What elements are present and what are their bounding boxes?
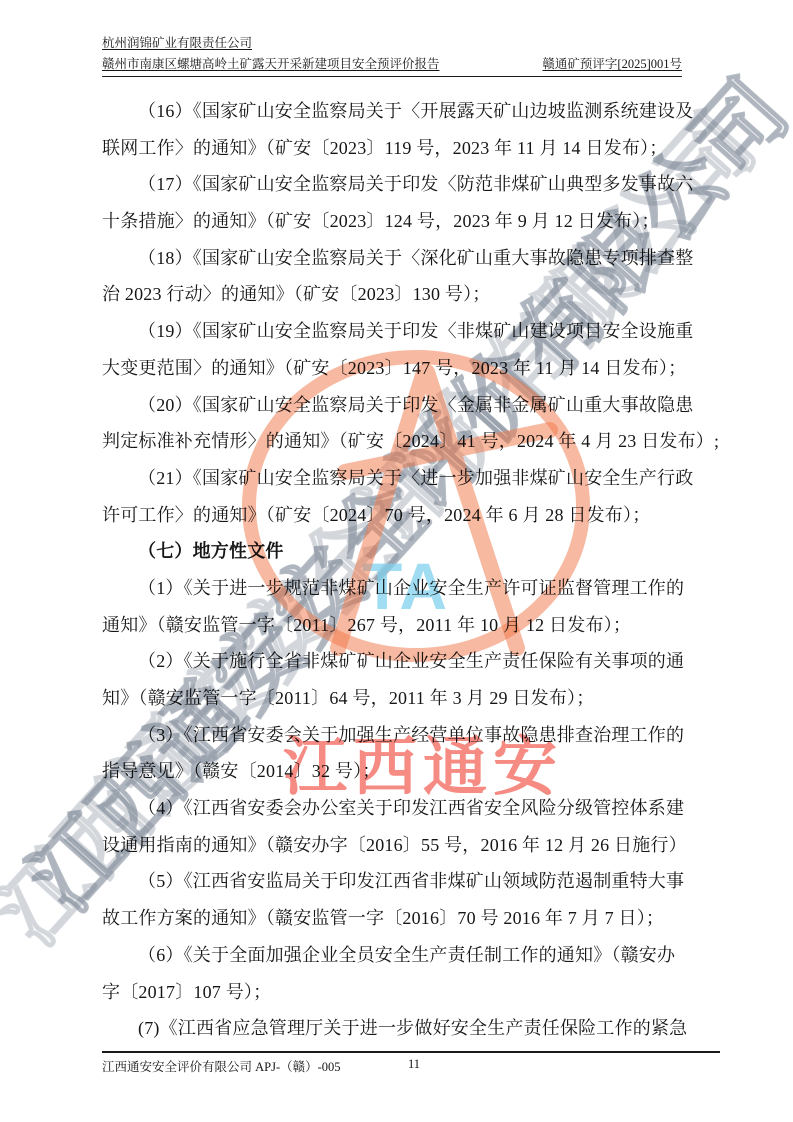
report-line: 字〔2017〕107 号）； [102, 974, 722, 1011]
footer-rule [102, 1051, 720, 1053]
report-line: （19）《国家矿山安全监察局关于印发〈非煤矿山建设项目安全设施重 [102, 313, 722, 350]
report-line: 治 2023 行动〉的通知》（矿安〔2023〕130 号）； [102, 276, 722, 313]
report-line: （1）《关于进一步规范非煤矿山企业安全生产许可证监督管理工作的 [102, 570, 722, 607]
page-header-line2: 赣州市南康区螺塘高岭土矿露天开采新建项目安全预评价报告 赣通矿预评字[2025]… [102, 55, 682, 77]
report-line: （4）《江西省安委会办公室关于印发江西省安全风险分级管控体系建 [102, 790, 722, 827]
report-line: 十条措施〉的通知》（矿安〔2023〕124 号，2023 年 9 月 12 日发… [102, 203, 722, 240]
report-line: （17）《国家矿山安全监察局关于印发〈防范非煤矿山典型多发事故六 [102, 166, 722, 203]
footer-company: 江西通安安全评价有限公司 APJ-（赣）-005 [102, 1057, 341, 1075]
report-line: 知》（赣安监管一字〔2011〕64 号，2011 年 3 月 29 日发布）； [102, 680, 722, 717]
report-line: 大变更范围〉的通知》（矿安〔2023〕147 号，2023 年 11 月 14 … [102, 350, 722, 387]
header-company: 杭州润锦矿业有限责任公司 [102, 36, 252, 50]
report-line: (7)《江西省应急管理厅关于进一步做好安全生产责任保险工作的紧急 [102, 1010, 722, 1047]
report-line: 故工作方案的通知》（赣安监管一字〔2016〕70 号 2016 年 7 月 7 … [102, 900, 722, 937]
report-line: 指导意见》（赣安〔2014〕32 号）； [102, 753, 722, 790]
report-line: 设通用指南的通知》（赣安办字〔2016〕55 号，2016 年 12 月 26 … [102, 827, 722, 864]
report-line: （6）《关于全面加强企业全员安全生产责任制工作的通知》（赣安办 [102, 937, 722, 974]
header-report-title: 赣州市南康区螺塘高岭土矿露天开采新建项目安全预评价报告 [102, 55, 440, 74]
report-line: （18）《国家矿山安全监察局关于〈深化矿山重大事故隐患专项排查整 [102, 240, 722, 277]
footer-page-number: 11 [408, 1057, 420, 1072]
report-line: （3）《江西省安委会关于加强生产经营单位事故隐患排查治理工作的 [102, 717, 722, 754]
report-line: 许可工作〉的通知》（矿安〔2024〕70 号，2024 年 6 月 28 日发布… [102, 497, 722, 534]
report-line: （16）《国家矿山安全监察局关于〈开展露天矿山边坡监测系统建设及 [102, 93, 722, 130]
report-line: 通知》（赣安监管一字〔2011〕267 号，2011 年 10 月 12 日发布… [102, 607, 722, 644]
report-line: （5）《江西省安监局关于印发江西省非煤矿山领域防范遏制重特大事 [102, 863, 722, 900]
report-line: （20）《国家矿山安全监察局关于印发〈金属非金属矿山重大事故隐患 [102, 387, 722, 424]
document-page: 杭州润锦矿业有限责任公司 赣州市南康区螺塘高岭土矿露天开采新建项目安全预评价报告… [0, 0, 793, 1122]
report-line: 判定标准补充情形〉的通知》（矿安〔2024〕41 号，2024 年 4 月 23… [102, 423, 722, 460]
header-doc-number: 赣通矿预评字[2025]001号 [542, 55, 682, 74]
page-header-line1: 杭州润锦矿业有限责任公司 [102, 34, 682, 53]
section-heading: （七）地方性文件 [102, 533, 722, 570]
report-body: （16）《国家矿山安全监察局关于〈开展露天矿山边坡监测系统建设及 联网工作〉的通… [102, 93, 722, 1047]
report-line: （21）《国家矿山安全监察局关于〈进一步加强非煤矿山安全生产行政 [102, 460, 722, 497]
report-line: （2）《关于施行全省非煤矿矿山企业安全生产责任保险有关事项的通 [102, 643, 722, 680]
report-line: 联网工作〉的通知》（矿安〔2023〕119 号，2023 年 11 月 14 日… [102, 130, 722, 167]
